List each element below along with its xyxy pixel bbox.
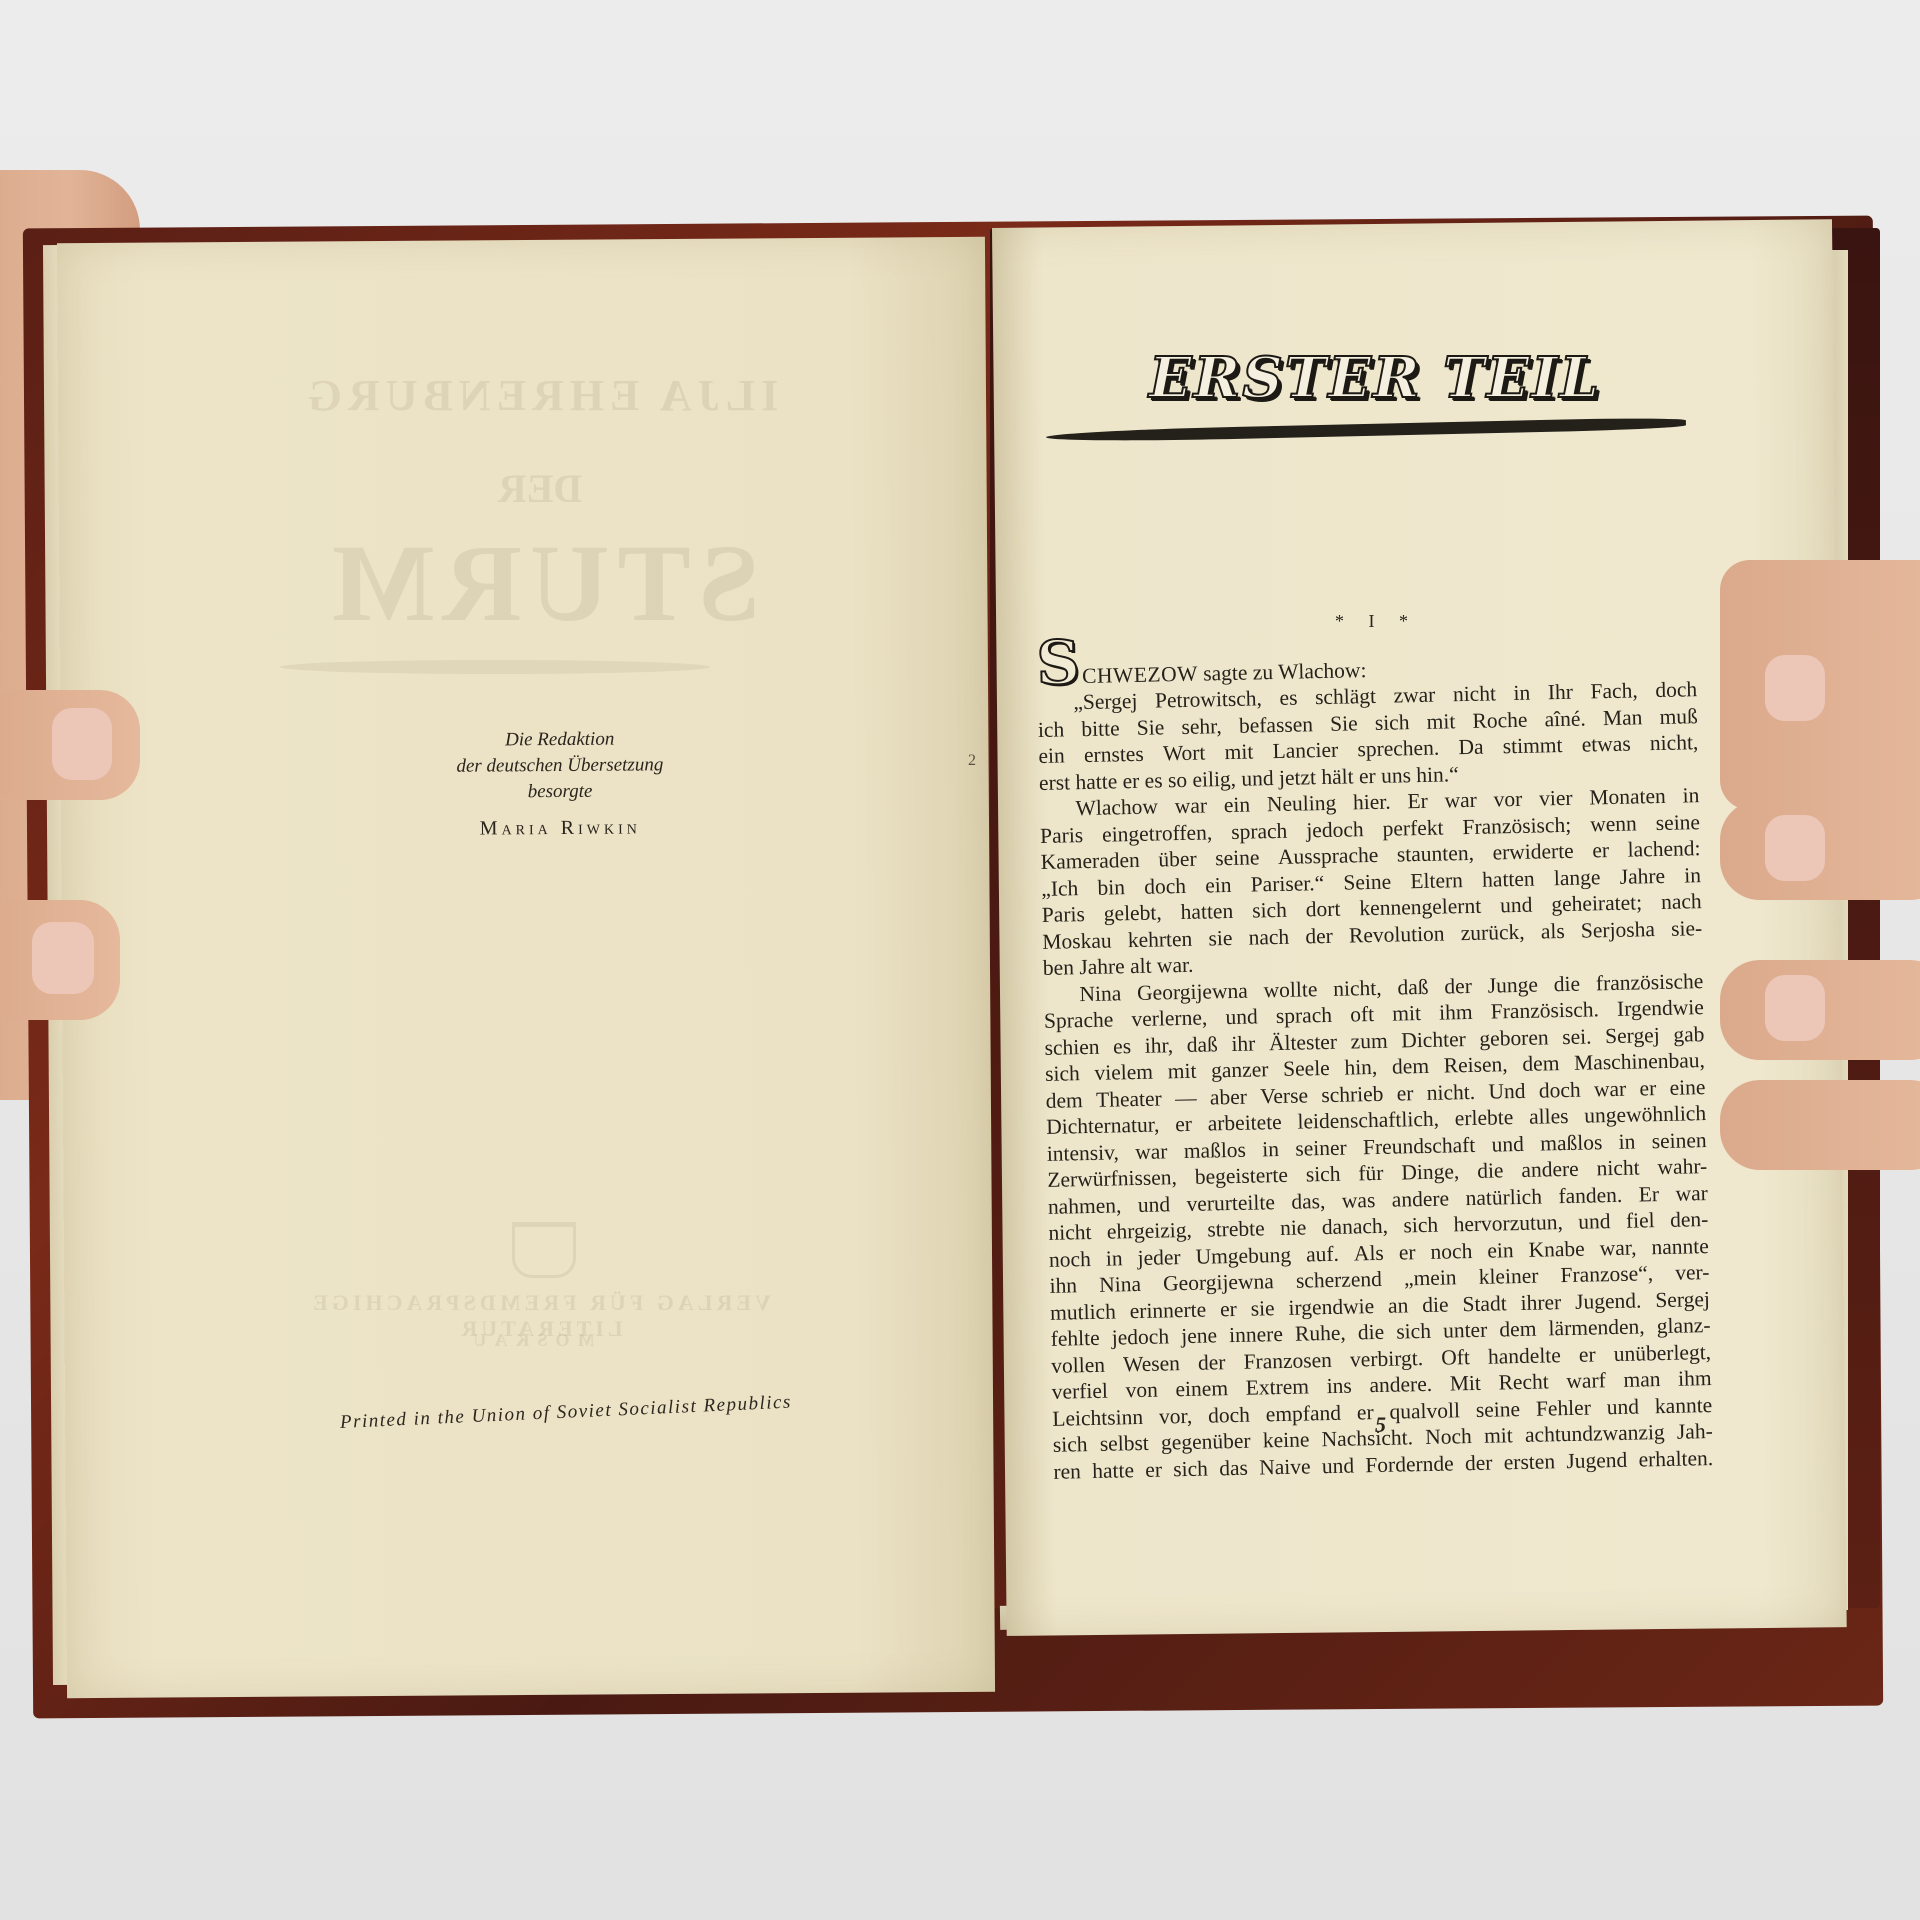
right-finger <box>1720 640 1920 740</box>
translation-credit: Die Redaktion der deutschen Übersetzung … <box>420 726 701 841</box>
fingernail <box>1765 975 1825 1041</box>
bleed-through-rule <box>280 660 710 674</box>
part-title: ERSTER TEIL <box>1140 345 1610 411</box>
first-word: CHWEZOW <box>1082 660 1198 689</box>
fingernail <box>1765 815 1825 881</box>
book-photo: ILJA EHRENBURG DER STURM VERLAG FÜR FREM… <box>0 0 1920 1920</box>
translator-name: Maria Riwkin <box>420 816 700 841</box>
fingernail <box>32 922 94 994</box>
right-finger <box>1720 1080 1920 1170</box>
left-thumb <box>0 690 140 800</box>
drop-cap: S <box>1036 637 1080 690</box>
credit-line: der deutschen Übersetzung <box>420 752 700 780</box>
left-page <box>57 237 995 1698</box>
signature-mark: 2 <box>968 752 976 770</box>
right-finger <box>1720 800 1920 900</box>
fingernail <box>1765 655 1825 721</box>
bleed-through-title: STURM <box>340 520 760 647</box>
credit-line: besorgte <box>420 778 700 806</box>
fingernail <box>52 708 112 780</box>
page-number: 5 <box>1375 1412 1386 1438</box>
right-finger <box>1720 960 1920 1060</box>
credit-line: Die Redaktion <box>420 726 700 754</box>
chapter-marker: * I * <box>1335 611 1418 632</box>
publisher-logo-icon <box>512 1222 576 1278</box>
text-line: sagte zu Wlachow: <box>1203 657 1367 687</box>
left-finger <box>0 900 120 1020</box>
bleed-through-author: ILJA EHRENBURG <box>300 370 780 421</box>
body-text: S CHWEZOW sagte zu Wlachow: „SergejPetro… <box>1036 624 1714 1485</box>
bleed-through-article: DER <box>470 465 610 512</box>
bleed-through-city: MOSKAU <box>430 1330 630 1351</box>
